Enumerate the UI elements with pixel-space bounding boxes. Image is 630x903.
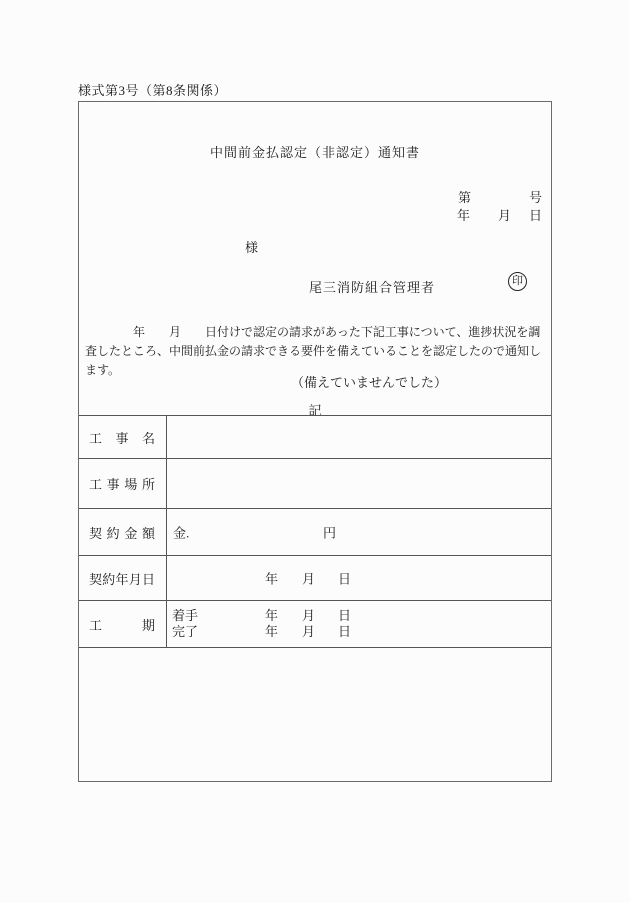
addressee-honorific: 様: [245, 237, 258, 256]
contract-amount-label-cell: 契約金額: [79, 509, 167, 555]
document-number-line: 第号: [457, 189, 542, 207]
contract-date-value-cell: 年 月 日: [167, 556, 551, 600]
contract-date-year-label: 年: [265, 569, 278, 588]
amount-prefix: 金.: [173, 523, 189, 542]
document-meta: 第号 年月日: [457, 189, 542, 225]
number-suffix: 号: [529, 190, 542, 205]
document-page: 様式第3号（第8条関係） 中間前金払認定（非認定）通知書 第号 年月日 様 尾三…: [0, 0, 630, 903]
construction-period-label-cell: 工期: [79, 601, 167, 647]
construction-name-label: 工事名: [89, 428, 155, 447]
table-row-contract-amount: 契約金額 金. 円: [79, 509, 551, 556]
period-start-line: 着手 年 月 日: [167, 608, 551, 624]
negative-note: （備えていませんでした）: [291, 372, 447, 391]
contract-date-day-label: 日: [338, 569, 351, 588]
construction-site-label: 工事場所: [89, 474, 155, 493]
period-start-day-label: 日: [338, 608, 351, 624]
construction-site-label-cell: 工事場所: [79, 459, 167, 508]
number-prefix: 第: [458, 190, 471, 205]
table-row-construction-name: 工事名: [79, 416, 551, 459]
table-row-remarks: [79, 648, 551, 781]
period-end-year-label: 年: [265, 624, 278, 640]
issue-date-line: 年月日: [457, 207, 542, 225]
contract-amount-label: 契約金額: [89, 523, 155, 542]
form-number-label: 様式第3号（第8条関係）: [78, 80, 227, 99]
issuer-name: 尾三消防組合管理者: [309, 277, 435, 296]
period-end-day-label: 日: [338, 624, 351, 640]
contract-date-label: 契約年月日: [89, 569, 155, 588]
table-row-construction-period: 工期 着手 年 月 日 完了 年 月 日: [79, 601, 551, 648]
remarks-value-cell: [79, 648, 551, 781]
table-row-contract-date: 契約年月日 年 月 日: [79, 556, 551, 601]
period-start-year-label: 年: [265, 608, 278, 624]
contract-amount-value-cell: 金. 円: [167, 509, 551, 555]
construction-site-value-cell: [167, 459, 551, 508]
contract-date-month-label: 月: [302, 569, 315, 588]
table-row-construction-site: 工事場所: [79, 459, 551, 509]
construction-period-value-cell: 着手 年 月 日 完了 年 月 日: [167, 601, 551, 647]
issue-date-year-label: 年: [457, 208, 470, 223]
seal-icon: 印: [508, 272, 527, 291]
period-end-line: 完了 年 月 日: [167, 624, 551, 640]
period-start-month-label: 月: [302, 608, 315, 624]
seal-character: 印: [512, 276, 523, 287]
details-table: 工事名 工事場所 契約金額 金. 円 契約年月日 年 月 日: [79, 415, 551, 781]
period-start-label: 着手: [172, 608, 198, 624]
contract-date-label-cell: 契約年月日: [79, 556, 167, 600]
amount-unit-label: 円: [323, 523, 336, 542]
construction-period-label: 工期: [89, 615, 155, 634]
period-end-label: 完了: [172, 624, 198, 640]
period-end-month-label: 月: [302, 624, 315, 640]
construction-name-value-cell: [167, 416, 551, 458]
construction-name-label-cell: 工事名: [79, 416, 167, 458]
period-lines: 着手 年 月 日 完了 年 月 日: [167, 608, 551, 640]
issue-date-month-label: 月: [498, 208, 511, 223]
document-border-box: 中間前金払認定（非認定）通知書 第号 年月日 様 尾三消防組合管理者 印 年 月…: [78, 101, 552, 782]
issue-date-day-label: 日: [529, 208, 542, 223]
document-title: 中間前金払認定（非認定）通知書: [79, 142, 551, 161]
